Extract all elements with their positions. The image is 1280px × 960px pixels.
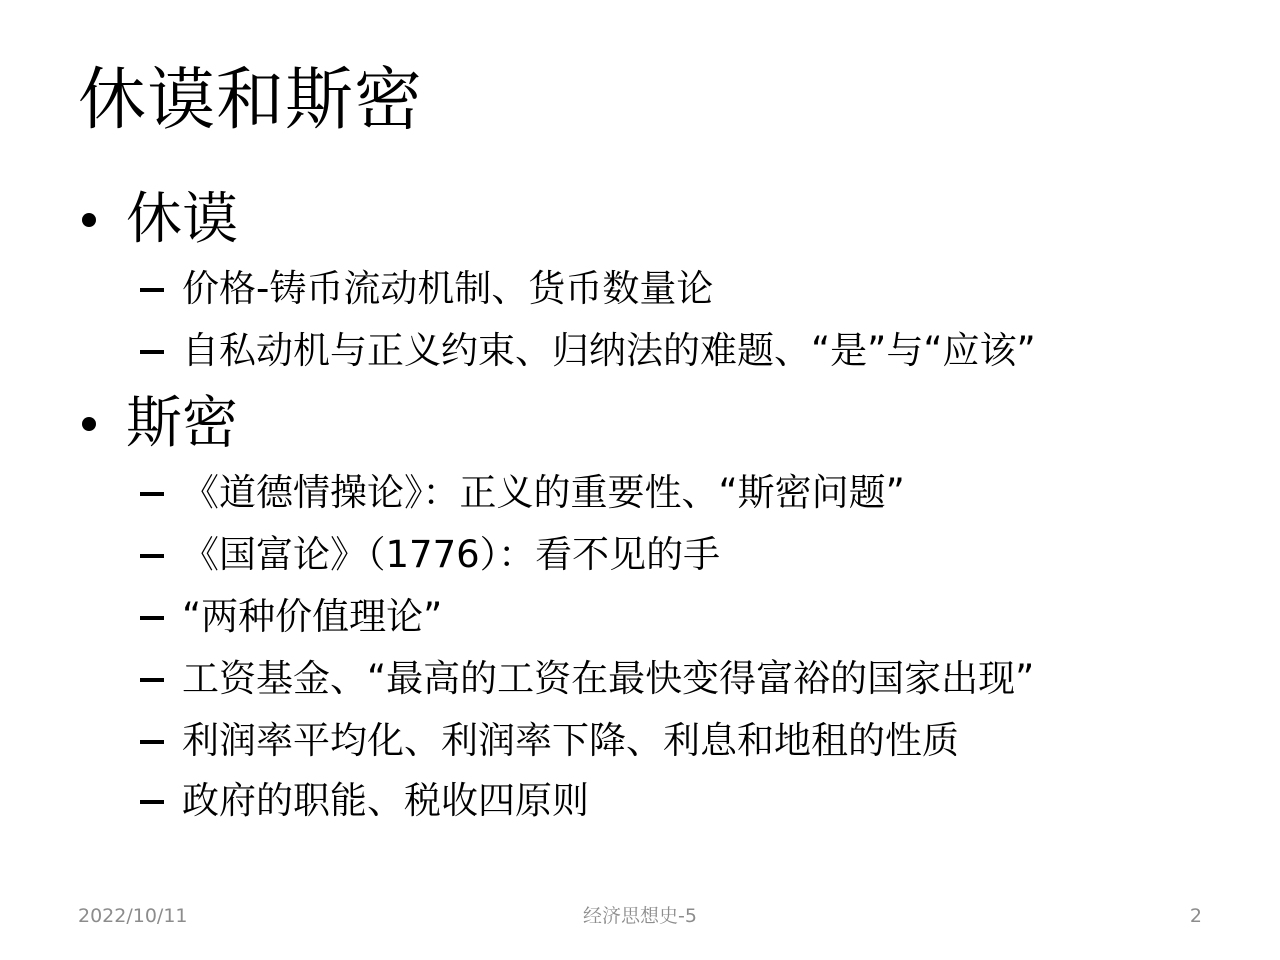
dash-bullet-icon [140,350,164,354]
sub-bullet-item: 《道德情操论》：正义的重要性、“斯密问题” [140,468,905,518]
sub-bullet-item: 利润率平均化、利润率下降、利息和地租的性质 [140,716,959,766]
slide: 休谟和斯密 休谟 价格-铸币流动机制、货币数量论 自私动机与正义约束、归纳法的难… [0,0,1280,960]
sub-bullet-item: 《国富论》（1776）：看不见的手 [140,530,720,580]
dash-bullet-icon [140,678,164,682]
sub-bullet-item: 政府的职能、税收四原则 [140,776,589,826]
sub-bullet-item: 自私动机与正义约束、归纳法的难题、“是”与“应该” [140,326,1036,376]
sub-bullet-text: 价格-铸币流动机制、货币数量论 [182,264,713,314]
dash-bullet-icon [140,800,164,804]
bullet-dot-icon [82,417,96,431]
dash-bullet-icon [140,616,164,620]
bullet-heading: 斯密 [126,392,238,456]
sub-bullet-text: “两种价值理论” [182,592,442,642]
footer-page-number: 2 [1190,904,1202,928]
bullet-item-hume: 休谟 [78,188,238,252]
bullet-item-smith: 斯密 [78,392,238,456]
dash-bullet-icon [140,554,164,558]
bullet-dot-icon [82,213,96,227]
slide-title: 休谟和斯密 [78,58,423,144]
bullet-heading: 休谟 [126,188,238,252]
sub-bullet-item: “两种价值理论” [140,592,442,642]
dash-bullet-icon [140,492,164,496]
dash-bullet-icon [140,740,164,744]
sub-bullet-text: 《道德情操论》：正义的重要性、“斯密问题” [182,468,905,518]
sub-bullet-text: 《国富论》（1776）：看不见的手 [182,530,720,580]
dash-bullet-icon [140,288,164,292]
sub-bullet-text: 工资基金、“最高的工资在最快变得富裕的国家出现” [182,654,1034,704]
sub-bullet-text: 自私动机与正义约束、归纳法的难题、“是”与“应该” [182,326,1036,376]
footer-course-title: 经济思想史-5 [0,904,1280,928]
sub-bullet-item: 工资基金、“最高的工资在最快变得富裕的国家出现” [140,654,1034,704]
sub-bullet-text: 政府的职能、税收四原则 [182,776,589,826]
sub-bullet-text: 利润率平均化、利润率下降、利息和地租的性质 [182,716,959,766]
sub-bullet-item: 价格-铸币流动机制、货币数量论 [140,264,713,314]
